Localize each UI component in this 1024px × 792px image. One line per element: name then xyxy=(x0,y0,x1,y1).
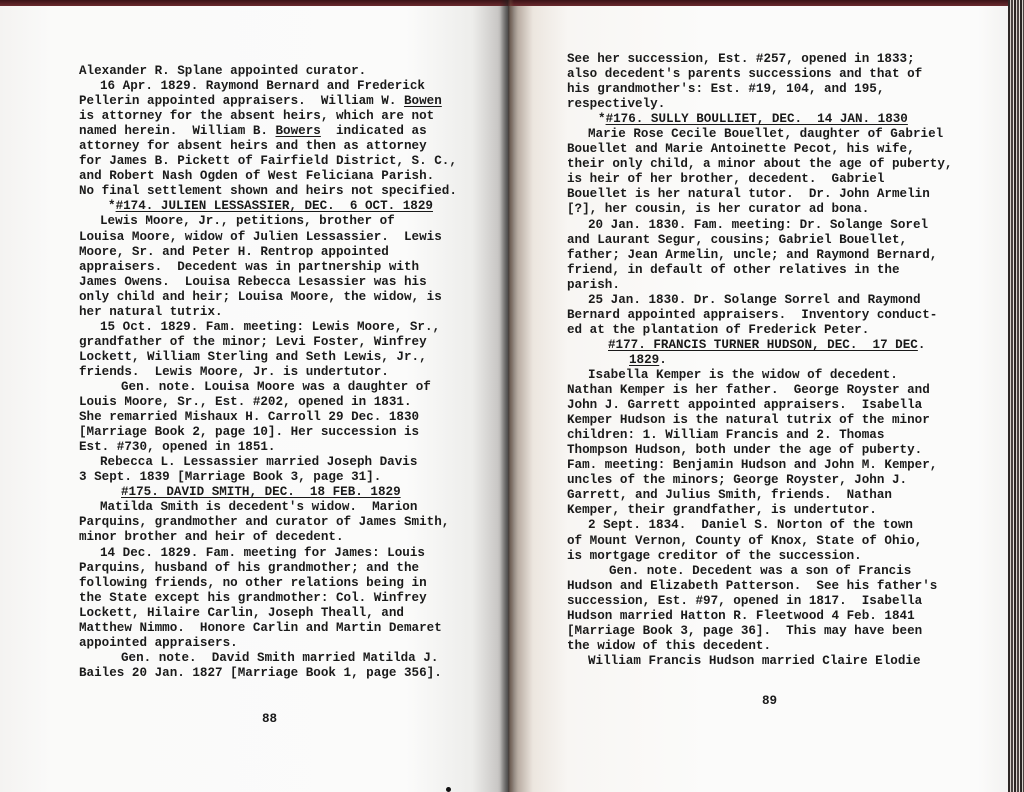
page-stack-edge xyxy=(1008,0,1024,792)
text-line: and Robert Nash Ogden of West Feliciana … xyxy=(79,169,457,184)
text-line: father; Jean Armelin, uncle; and Raymond… xyxy=(567,248,952,263)
text-line: Lockett, Hilaire Carlin, Joseph Theall, … xyxy=(79,606,457,621)
text-line: minor brother and heir of decedent. xyxy=(79,530,457,545)
text-line: No final settlement shown and heirs not … xyxy=(79,184,457,199)
text-line: their only child, a minor about the age … xyxy=(567,157,952,172)
text-line: of Mount Vernon, County of Knox, State o… xyxy=(567,534,952,549)
book-gutter xyxy=(500,0,514,792)
text-line: is mortgage creditor of the succession. xyxy=(567,549,952,564)
left-page: Alexander R. Splane appointed curator.16… xyxy=(0,6,508,792)
text-line: Bernard appointed appraisers. Inventory … xyxy=(567,308,952,323)
text-line: 25 Jan. 1830. Dr. Solange Sorrel and Ray… xyxy=(567,293,952,308)
text-line: appointed appraisers. xyxy=(79,636,457,651)
text-line: Nathan Kemper is her father. George Roys… xyxy=(567,383,952,398)
text-line: the widow of this decedent. xyxy=(567,639,952,654)
text-line: Lewis Moore, Jr., petitions, brother of xyxy=(79,214,457,229)
text-line: Alexander R. Splane appointed curator. xyxy=(79,64,457,79)
text-line: Gen. note. Louisa Moore was a daughter o… xyxy=(79,380,457,395)
text-line: Bouellet and Marie Antoinette Pecot, his… xyxy=(567,142,952,157)
text-line: friend, in default of other relatives in… xyxy=(567,263,952,278)
text-line: 20 Jan. 1830. Fam. meeting: Dr. Solange … xyxy=(567,218,952,233)
text-line: Gen. note. Decedent was a son of Francis xyxy=(567,564,952,579)
text-line: 2 Sept. 1834. Daniel S. Norton of the to… xyxy=(567,518,952,533)
text-line: [?], her cousin, is her curator ad bona. xyxy=(567,202,952,217)
text-line: appraisers. Decedent was in partnership … xyxy=(79,260,457,275)
text-line: also decedent's parents successions and … xyxy=(567,67,952,82)
text-line: ed at the plantation of Frederick Peter. xyxy=(567,323,952,338)
entry-heading: 1829. xyxy=(567,353,952,368)
text-line: Louisa Moore, widow of Julien Lessassier… xyxy=(79,230,457,245)
text-line: and Laurant Segur, cousins; Gabriel Boue… xyxy=(567,233,952,248)
text-line: parish. xyxy=(567,278,952,293)
text-line: Isabella Kemper is the widow of decedent… xyxy=(567,368,952,383)
text-line: Lockett, William Sterling and Seth Lewis… xyxy=(79,350,457,365)
text-line: John J. Garrett appointed appraisers. Is… xyxy=(567,398,952,413)
text-line: Louis Moore, Sr., Est. #202, opened in 1… xyxy=(79,395,457,410)
text-line: Gen. note. David Smith married Matilda J… xyxy=(79,651,457,666)
entry-heading: *#176. SULLY BOULLIET, DEC. 14 JAN. 1830 xyxy=(567,112,952,127)
text-line: Garrett, and Julius Smith, friends. Nath… xyxy=(567,488,952,503)
entry-heading: #175. DAVID SMITH, DEC. 18 FEB. 1829 xyxy=(79,485,457,500)
text-line: his grandmother's: Est. #19, 104, and 19… xyxy=(567,82,952,97)
text-line: respectively. xyxy=(567,97,952,112)
text-line: Kemper, their grandfather, is undertutor… xyxy=(567,503,952,518)
entry-heading: #177. FRANCIS TURNER HUDSON, DEC. 17 DEC… xyxy=(567,338,952,353)
text-line: She remarried Mishaux H. Carroll 29 Dec.… xyxy=(79,410,457,425)
text-line: 16 Apr. 1829. Raymond Bernard and Freder… xyxy=(79,79,457,94)
ink-speck xyxy=(446,787,451,792)
text-line: See her succession, Est. #257, opened in… xyxy=(567,52,952,67)
text-line: Parquins, husband of his grandmother; an… xyxy=(79,561,457,576)
text-line: Bailes 20 Jan. 1827 [Marriage Book 1, pa… xyxy=(79,666,457,681)
text-line: Kemper Hudson is the natural tutrix of t… xyxy=(567,413,952,428)
page-number-left: 88 xyxy=(262,712,277,726)
text-line: Parquins, grandmother and curator of Jam… xyxy=(79,515,457,530)
text-line: is attorney for the absent heirs, which … xyxy=(79,109,457,124)
text-line: is heir of her brother, decedent. Gabrie… xyxy=(567,172,952,187)
left-page-text: Alexander R. Splane appointed curator.16… xyxy=(79,64,457,681)
text-line: 14 Dec. 1829. Fam. meeting for James: Lo… xyxy=(79,546,457,561)
text-line: William Francis Hudson married Claire El… xyxy=(567,654,952,669)
text-line: for James B. Pickett of Fairfield Distri… xyxy=(79,154,457,169)
text-line: following friends, no other relations be… xyxy=(79,576,457,591)
text-line: Matilda Smith is decedent's widow. Mario… xyxy=(79,500,457,515)
text-line: friends. Lewis Moore, Jr. is undertutor. xyxy=(79,365,457,380)
text-line: Hudson and Elizabeth Patterson. See his … xyxy=(567,579,952,594)
text-line: Moore, Sr. and Peter H. Rentrop appointe… xyxy=(79,245,457,260)
text-line: [Marriage Book 3, page 36]. This may hav… xyxy=(567,624,952,639)
text-line: succession, Est. #97, opened in 1817. Is… xyxy=(567,594,952,609)
page-number-right: 89 xyxy=(762,694,777,708)
text-line: only child and heir; Louisa Moore, the w… xyxy=(79,290,457,305)
text-line: Thompson Hudson, both under the age of p… xyxy=(567,443,952,458)
entry-heading: *#174. JULIEN LESSASSIER, DEC. 6 OCT. 18… xyxy=(79,199,457,214)
text-line: 15 Oct. 1829. Fam. meeting: Lewis Moore,… xyxy=(79,320,457,335)
text-line: Est. #730, opened in 1851. xyxy=(79,440,457,455)
text-line: James Owens. Louisa Rebecca Lesassier wa… xyxy=(79,275,457,290)
text-line: children: 1. William Francis and 2. Thom… xyxy=(567,428,952,443)
text-line: Rebecca L. Lessassier married Joseph Dav… xyxy=(79,455,457,470)
text-line: Marie Rose Cecile Bouellet, daughter of … xyxy=(567,127,952,142)
text-line: her natural tutrix. xyxy=(79,305,457,320)
text-line: Hudson married Hatton R. Fleetwood 4 Feb… xyxy=(567,609,952,624)
text-line: grandfather of the minor; Levi Foster, W… xyxy=(79,335,457,350)
text-line: the State except his grandmother: Col. W… xyxy=(79,591,457,606)
right-page-text: See her succession, Est. #257, opened in… xyxy=(567,52,952,669)
text-line: attorney for absent heirs and then as at… xyxy=(79,139,457,154)
text-line: Bouellet is her natural tutor. Dr. John … xyxy=(567,187,952,202)
text-line: Fam. meeting: Benjamin Hudson and John M… xyxy=(567,458,952,473)
text-line: Matthew Nimmo. Honore Carlin and Martin … xyxy=(79,621,457,636)
text-line: 3 Sept. 1839 [Marriage Book 3, page 31]. xyxy=(79,470,457,485)
text-line: uncles of the minors; George Royster, Jo… xyxy=(567,473,952,488)
text-line: [Marriage Book 2, page 10]. Her successi… xyxy=(79,425,457,440)
right-page: See her succession, Est. #257, opened in… xyxy=(508,6,1008,792)
text-line: named herein. William B. Bowers indicate… xyxy=(79,124,457,139)
text-line: Pellerin appointed appraisers. William W… xyxy=(79,94,457,109)
